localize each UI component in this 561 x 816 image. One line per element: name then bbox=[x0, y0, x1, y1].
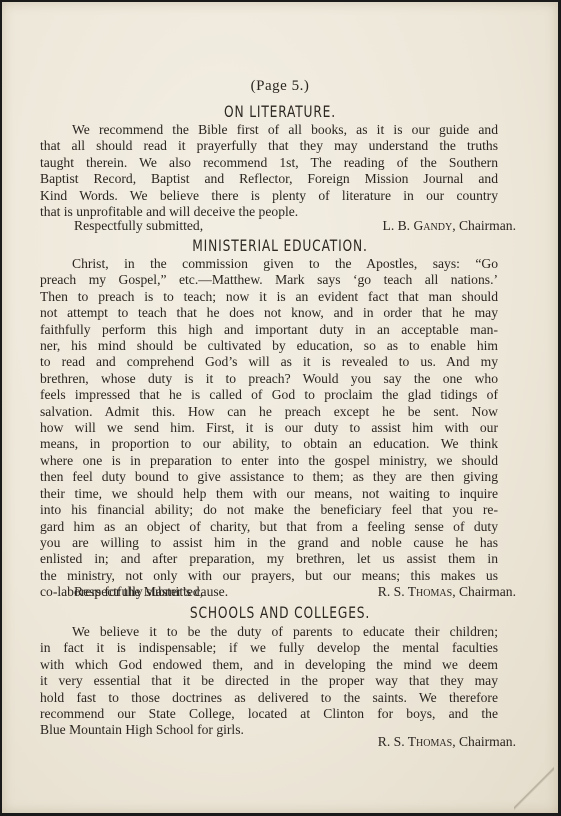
text-line: We recommend the Bible first of all book… bbox=[40, 122, 498, 138]
text-line: that all should read it prayerfully that… bbox=[40, 138, 498, 154]
text-line: Baptist Record, Baptist and Reflector, F… bbox=[40, 171, 498, 187]
text-line: it very essential that it be directed in… bbox=[40, 673, 498, 689]
text-line: feels impressed that he is called of God… bbox=[40, 387, 498, 403]
text-line: hold fast to those doctrines as delivere… bbox=[40, 690, 498, 706]
section-heading-literature: ON LITERATURE. bbox=[44, 102, 517, 121]
text-line: enlisted in; and after preparation, my b… bbox=[40, 551, 498, 567]
text-line: Christ, in the commission given to the A… bbox=[40, 256, 498, 272]
page-number: (Page 5.) bbox=[2, 78, 558, 95]
signer: R. S. Thomas, Chairman. bbox=[378, 584, 516, 600]
text-line: preach my Gospel,” etc.—Matthew. Mark sa… bbox=[40, 272, 498, 288]
text-line: We believe it to be the duty of parents … bbox=[40, 624, 498, 640]
text-line: faithfully perform this high and importa… bbox=[40, 322, 498, 338]
text-line: with which God endowed them, and in deve… bbox=[40, 657, 498, 673]
signoff-text: Respectfully submitted, bbox=[74, 584, 203, 600]
signer: L. B. Gandy, Chairman. bbox=[383, 218, 516, 234]
text-line: in fact it is indispensable; if we fully… bbox=[40, 640, 498, 656]
signer-title: , Chairman. bbox=[452, 218, 516, 233]
text-line: then feel duty bound to give assistance … bbox=[40, 469, 498, 485]
text-line: means, in proportion to our ability, to … bbox=[40, 436, 498, 452]
text-line: you are willing to assist him in the gra… bbox=[40, 535, 498, 551]
section-heading-ministerial-education: MINISTERIAL EDUCATION. bbox=[44, 236, 517, 255]
section-body-literature: We recommend the Bible first of all book… bbox=[40, 122, 498, 220]
text-line: not attempt to teach that he does not kn… bbox=[40, 305, 498, 321]
text-line: salvation. Admit this. How can he preach… bbox=[40, 404, 498, 420]
text-line: to read and comprehend God’s will as it … bbox=[40, 354, 498, 370]
text-line: brethren, whose duty is it to preach? Wo… bbox=[40, 371, 498, 387]
text-line: where one is in preparation to enter int… bbox=[40, 453, 498, 469]
text-line: Then to preach is to teach; now it is an… bbox=[40, 289, 498, 305]
section-body-schools-and-colleges: We believe it to be the duty of parents … bbox=[40, 624, 498, 739]
signer-title: , Chairman. bbox=[452, 584, 516, 599]
signer-name: R. S. Thomas bbox=[378, 584, 452, 599]
signoff-text: Respectfully submitted, bbox=[74, 218, 203, 234]
document-page: (Page 5.) ON LITERATURE. We recommend th… bbox=[2, 2, 558, 813]
text-line: the ministry, not only with our prayers,… bbox=[40, 568, 498, 584]
text-line: gard him as an object of charity, but th… bbox=[40, 519, 498, 535]
text-line: taught therein. We also recommend 1st, T… bbox=[40, 155, 498, 171]
section-body-ministerial-education: Christ, in the commission given to the A… bbox=[40, 256, 498, 601]
signer-title: , Chairman. bbox=[452, 734, 516, 749]
page-fold-crease bbox=[514, 751, 554, 811]
text-line: into his financial ability; do not make … bbox=[40, 502, 498, 518]
signer: R. S. Thomas, Chairman. bbox=[378, 734, 516, 750]
signer-name: L. B. Gandy bbox=[383, 218, 453, 233]
text-line: Kind Words. We believe there is plenty o… bbox=[40, 188, 498, 204]
signer-name: R. S. Thomas bbox=[378, 734, 452, 749]
text-line: how will we send him. First, it is our d… bbox=[40, 420, 498, 436]
text-line: ner, his mind should be cultivated by ed… bbox=[40, 338, 498, 354]
text-line: recommend our State College, located at … bbox=[40, 706, 498, 722]
text-line: their time, we should help them with our… bbox=[40, 486, 498, 502]
section-heading-schools-and-colleges: SCHOOLS AND COLLEGES. bbox=[44, 603, 517, 622]
